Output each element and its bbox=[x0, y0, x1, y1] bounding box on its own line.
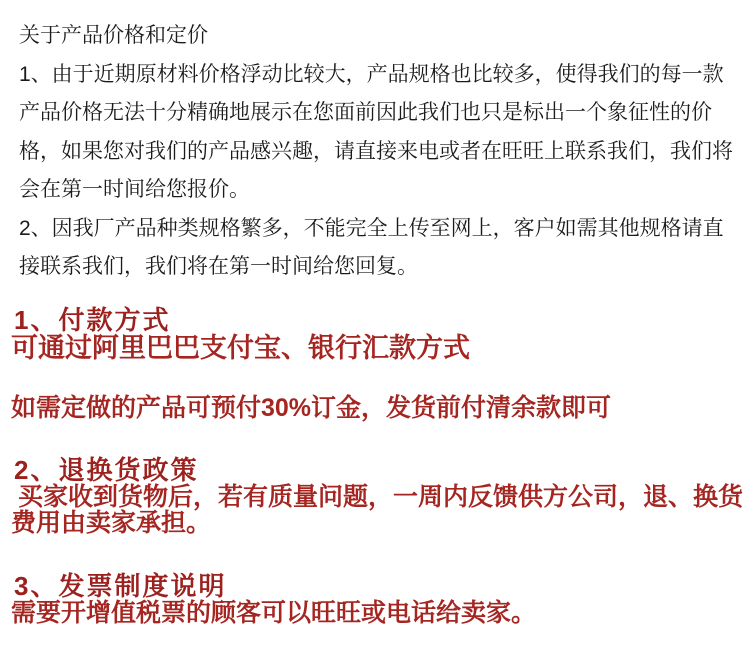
notice-line-6: 接联系我们，我们将在第一时间给您回复。 bbox=[19, 248, 746, 287]
return-policy-section: 2、退换货政策 买家收到货物后，若有质量问题，一周内反馈供方公司，退、换货 费用… bbox=[0, 457, 750, 536]
payment-method-section: 1、付款方式 可通过阿里巴巴支付宝、银行汇款方式 如需定做的产品可预付30%订金… bbox=[0, 307, 750, 421]
return-policy-heading: 2、退换货政策 bbox=[14, 457, 750, 484]
payment-method-heading: 1、付款方式 bbox=[14, 307, 750, 334]
notice-title: 关于产品价格和定价 bbox=[19, 17, 746, 56]
notice-line-2: 产品价格无法十分精确地展示在您面前因此我们也只是标出一个象征性的价 bbox=[19, 94, 746, 133]
invoice-policy-heading: 3、发票制度说明 bbox=[14, 573, 750, 600]
product-info-page: 关于产品价格和定价 1、由于近期原材料价格浮动比较大，产品规格也比较多，使得我们… bbox=[0, 0, 750, 650]
return-policy-line-1: 买家收到货物后，若有质量问题，一周内反馈供方公司，退、换货 bbox=[11, 484, 750, 510]
notice-line-3: 格，如果您对我们的产品感兴趣，请直接来电或者在旺旺上联系我们，我们将 bbox=[19, 133, 746, 172]
invoice-policy-section: 3、发票制度说明 需要开增值税票的顾客可以旺旺或电话给卖家。 bbox=[0, 573, 750, 626]
notice-line-4: 会在第一时间给您报价。 bbox=[19, 171, 746, 210]
return-policy-line-2: 费用由卖家承担。 bbox=[11, 510, 750, 536]
payment-method-line-1: 可通过阿里巴巴支付宝、银行汇款方式 bbox=[11, 334, 750, 362]
pricing-notice-section: 关于产品价格和定价 1、由于近期原材料价格浮动比较大，产品规格也比较多，使得我们… bbox=[0, 0, 750, 287]
notice-line-1: 1、由于近期原材料价格浮动比较大，产品规格也比较多，使得我们的每一款 bbox=[19, 56, 746, 95]
invoice-policy-line-1: 需要开增值税票的顾客可以旺旺或电话给卖家。 bbox=[11, 600, 750, 626]
payment-method-line-2: 如需定做的产品可预付30%订金，发货前付清余款即可 bbox=[11, 395, 750, 421]
notice-line-5: 2、因我厂产品种类规格繁多，不能完全上传至网上，客户如需其他规格请直 bbox=[19, 210, 746, 249]
